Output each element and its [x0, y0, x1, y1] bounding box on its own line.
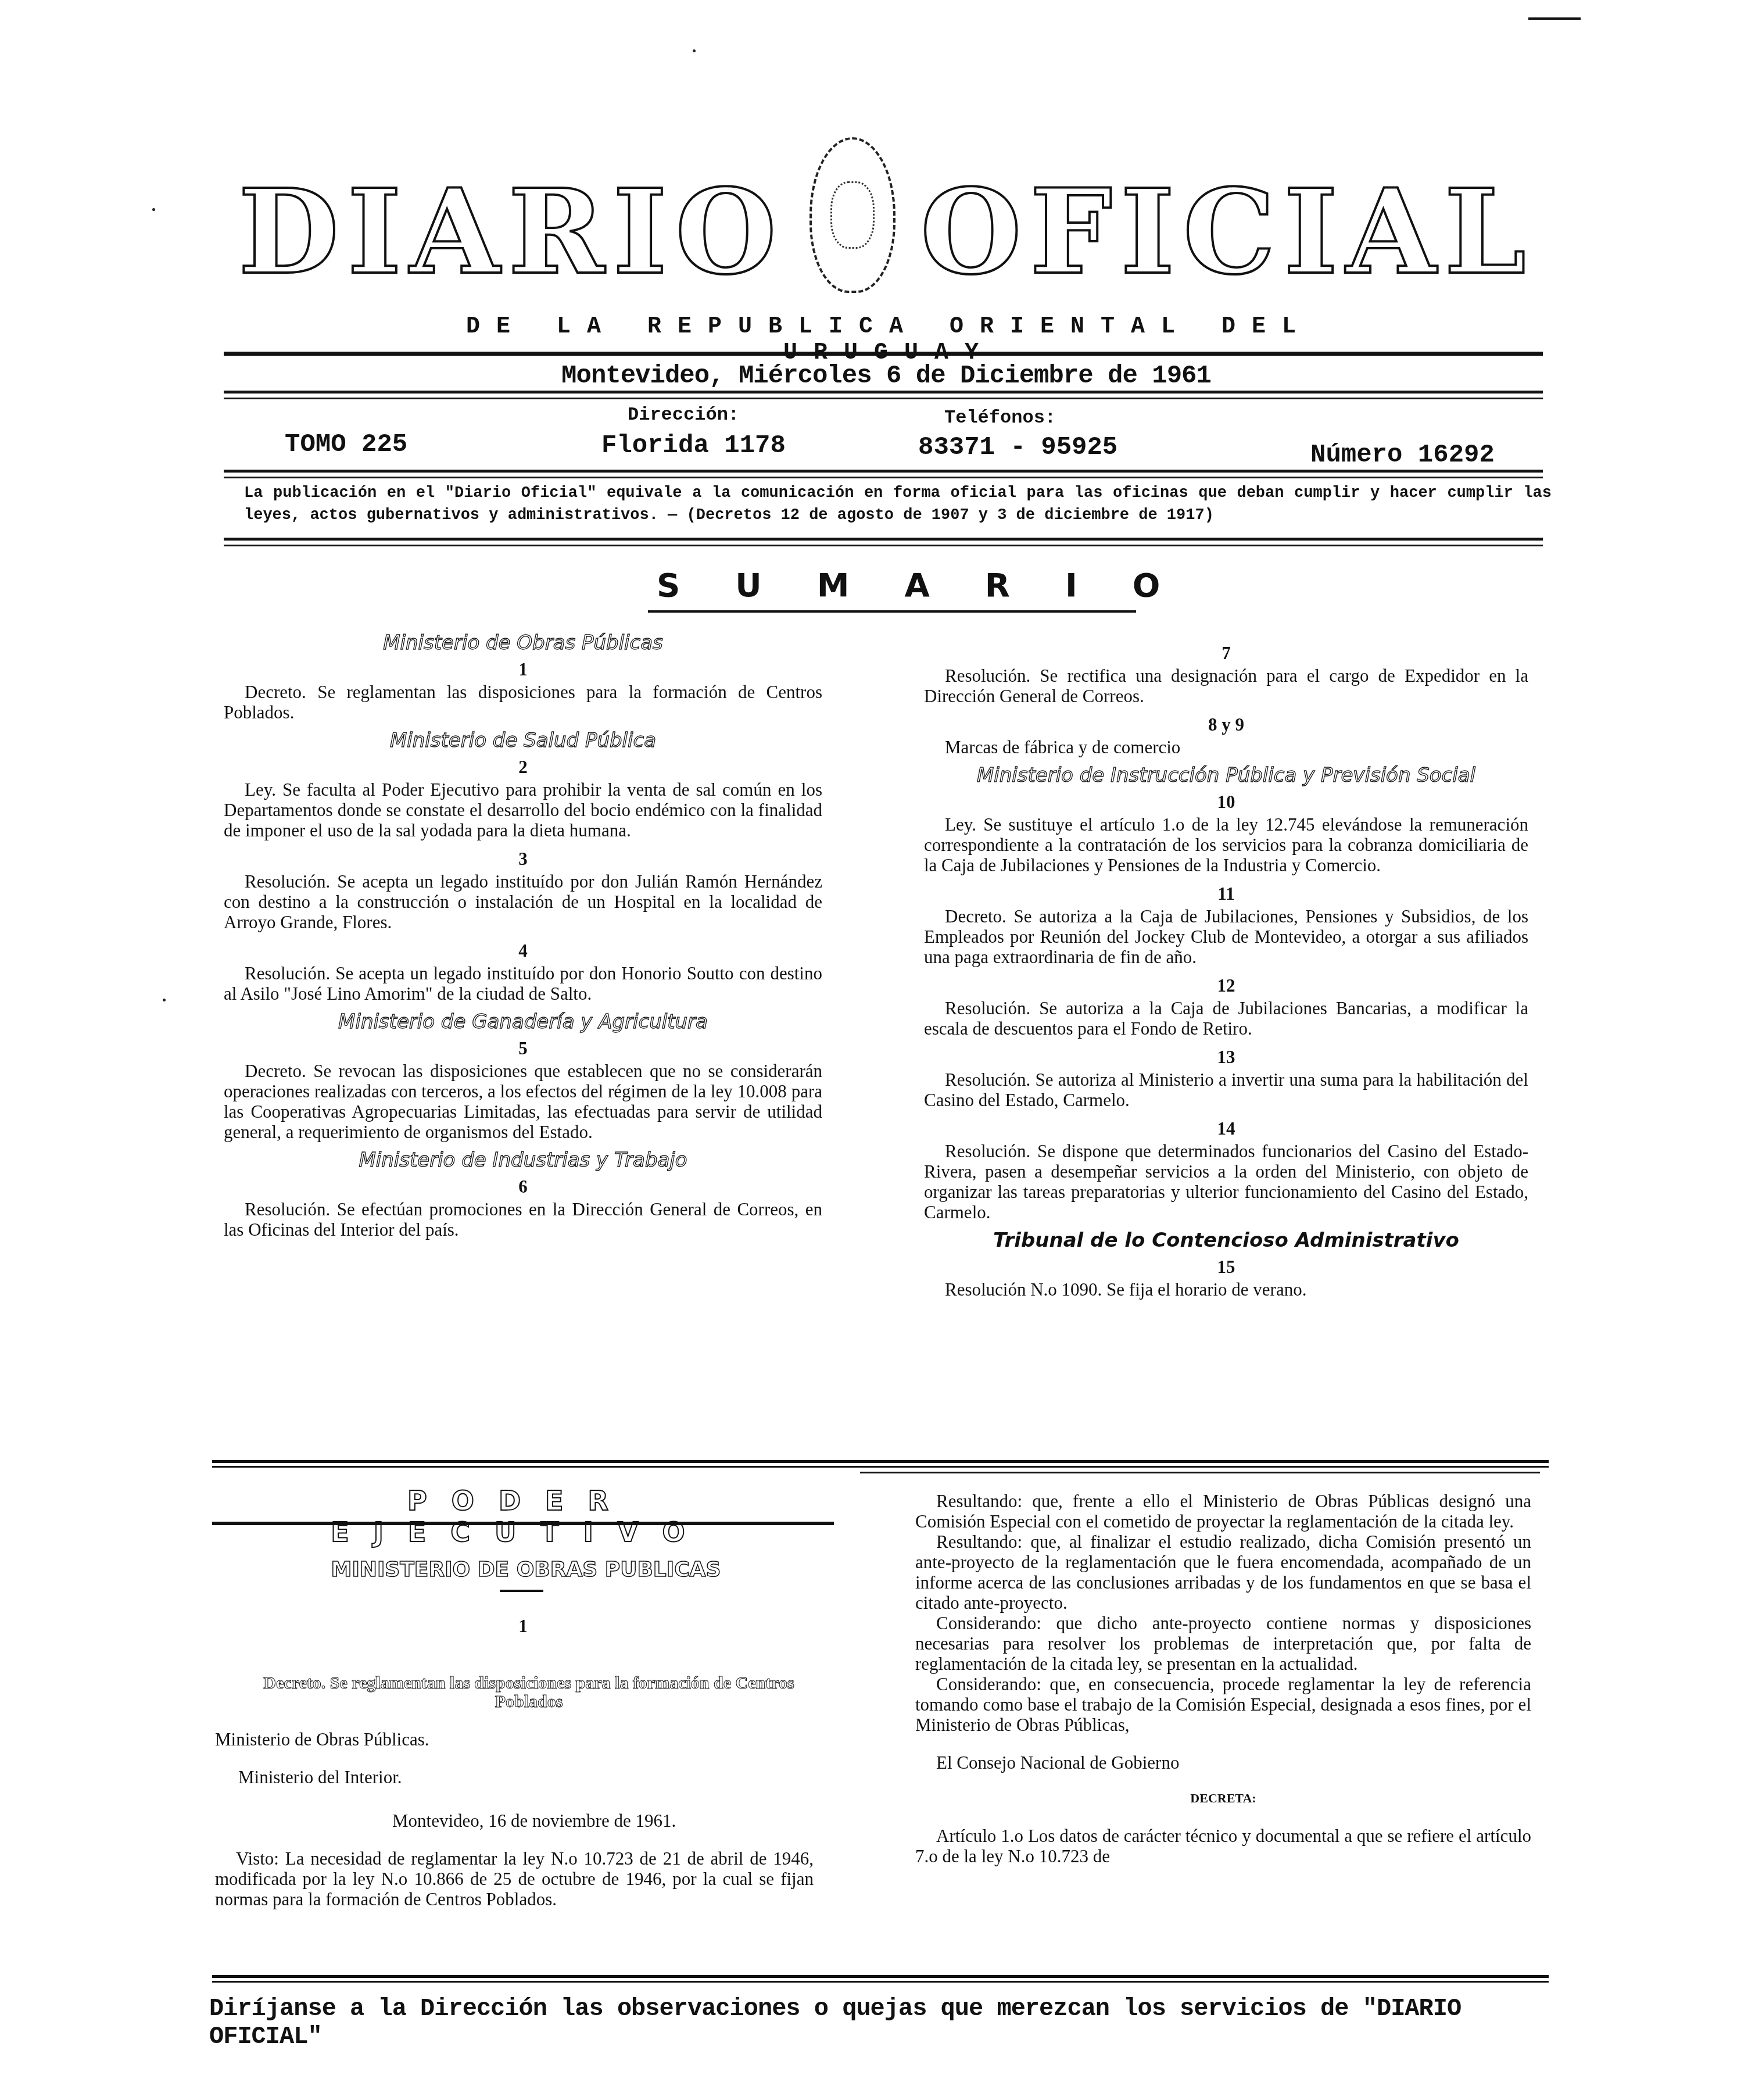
sumario-entry: Decreto. Se autoriza a la Caja de Jubila… [924, 906, 1528, 967]
decree-number: 1 [500, 1616, 546, 1637]
issuer-line: Ministerio del Interior. [215, 1767, 814, 1787]
tribunal-heading: Tribunal de lo Contencioso Administrativ… [924, 1230, 1528, 1251]
item-number: 5 [224, 1038, 822, 1058]
sumario-entry: Resolución. Se acepta un legado instituí… [224, 871, 822, 932]
divider [224, 398, 1543, 399]
decree-right-column: Resultando: que, frente a ello el Minist… [915, 1491, 1531, 1874]
divider [224, 545, 1543, 546]
articulo-1: Artículo 1.o Los datos de carácter técni… [915, 1826, 1531, 1866]
masthead-title-left: DIARIO [238, 174, 785, 291]
sumario-entry: Resolución. Se autoriza a la Caja de Jub… [924, 998, 1528, 1039]
divider [224, 538, 1543, 541]
issue-number: Número 16292 [1310, 441, 1495, 470]
short-rule [500, 1590, 543, 1592]
sumario-entry: Ley. Se faculta al Poder Ejecutivo para … [224, 779, 822, 840]
item-number: 6 [224, 1176, 822, 1197]
sumario-right-column: 7Resolución. Se rectifica una designació… [924, 639, 1528, 1308]
masthead-subtitle: DE LA REPUBLICA ORIENTAL DEL URUGUAY [372, 314, 1406, 366]
coat-of-arms-icon [809, 137, 896, 293]
item-number: 1 [224, 659, 822, 679]
direccion-label: Dirección: [628, 404, 739, 425]
divider [224, 470, 1543, 473]
legal-notice: La publicación en el "Diario Oficial" eq… [244, 482, 1552, 527]
tomo: TOMO 225 [285, 430, 407, 459]
direccion-value: Florida 1178 [601, 431, 786, 460]
ministry-heading: MINISTERIO DE OBRAS PUBLICAS [250, 1558, 802, 1582]
considerando-paragraph: Considerando: que, en consecuencia, proc… [915, 1674, 1531, 1735]
item-number: 12 [924, 975, 1528, 996]
visto-paragraph: Visto: La necesidad de reglamentar la le… [215, 1848, 814, 1909]
item-number: 7 [924, 643, 1528, 663]
section-divider [212, 1460, 1549, 1463]
sumario-entry: Ley. Se sustituye el artículo 1.o de la … [924, 814, 1528, 875]
divider [212, 1522, 834, 1525]
dateline: Montevideo, Miércoles 6 de Diciembre de … [221, 362, 1552, 391]
footer-divider [212, 1975, 1549, 1978]
ministry-heading: Ministerio de Obras Públicas [224, 633, 822, 653]
item-number: 3 [224, 849, 822, 869]
resultando-paragraph: Resultando: que, al finalizar el estudio… [915, 1532, 1531, 1613]
telefonos-label: Teléfonos: [944, 407, 1056, 428]
sumario-entry: Resolución N.o 1090. Se fija el horario … [924, 1279, 1528, 1300]
item-number: 15 [924, 1257, 1528, 1277]
footer-note: Diríjanse a la Dirección las observacion… [209, 1995, 1569, 2051]
sumario-entry: Decreto. Se revocan las disposiciones qu… [224, 1061, 822, 1142]
sumario-entry: Resolución. Se dispone que determinados … [924, 1141, 1528, 1222]
masthead: DIARIO OFICIAL [238, 169, 1534, 296]
place-date: Montevideo, 16 de noviembre de 1961. [215, 1811, 814, 1831]
decreta-heading: DECRETA: [915, 1788, 1531, 1808]
sumario-entry: Decreto. Se reglamentan las disposicione… [224, 682, 822, 722]
decree-left-column: Ministerio de Obras Públicas. Ministerio… [215, 1729, 814, 1917]
divider [860, 1472, 1540, 1473]
ministry-heading: Ministerio de Ganadería y Agricultura [224, 1012, 822, 1032]
sumario-entry: Resolución. Se autoriza al Ministerio a … [924, 1069, 1528, 1110]
issuer-line: Ministerio de Obras Públicas. [215, 1729, 814, 1750]
ministry-heading: Ministerio de Industrias y Trabajo [224, 1150, 822, 1171]
telefonos-value: 83371 - 95925 [918, 433, 1117, 462]
item-number: 8 y 9 [924, 714, 1528, 735]
sumario-entry: Resolución. Se acepta un legado instituí… [224, 963, 822, 1004]
sumario-entry: Resolución. Se rectifica una designación… [924, 666, 1528, 706]
item-number: 2 [224, 757, 822, 777]
consejo-line: El Consejo Nacional de Gobierno [915, 1752, 1531, 1773]
item-number: 10 [924, 792, 1528, 812]
sumario-entry: Resolución. Se efectúan promociones en l… [224, 1199, 822, 1240]
considerando-paragraph: Considerando: que dicho ante-proyecto co… [915, 1613, 1531, 1674]
ministry-heading: Ministerio de Instrucción Pública y Prev… [924, 765, 1528, 786]
sumario-underline [648, 610, 1136, 613]
footer-divider [212, 1981, 1549, 1983]
sumario-left-column: Ministerio de Obras Públicas1Decreto. Se… [224, 625, 822, 1248]
item-number: 14 [924, 1118, 1528, 1139]
decree-title: Decreto. Se reglamentan las disposicione… [244, 1674, 814, 1711]
divider [224, 477, 1543, 478]
ministry-heading: Ministerio de Salud Pública [224, 731, 822, 751]
divider [224, 352, 1543, 356]
sumario-title: SUMARIO [657, 567, 1122, 604]
resultando-paragraph: Resultando: que, frente a ello el Minist… [915, 1491, 1531, 1532]
scan-mark [1528, 17, 1581, 20]
item-number: 13 [924, 1047, 1528, 1067]
divider [224, 391, 1543, 393]
item-number: 4 [224, 940, 822, 961]
poder-ejecutivo-title: PODER EJECUTIVO [279, 1485, 761, 1548]
section-divider [212, 1466, 1549, 1468]
sumario-entry: Marcas de fábrica y de comercio [924, 737, 1528, 757]
item-number: 11 [924, 883, 1528, 904]
masthead-title-right: OFICIAL [920, 174, 1534, 291]
